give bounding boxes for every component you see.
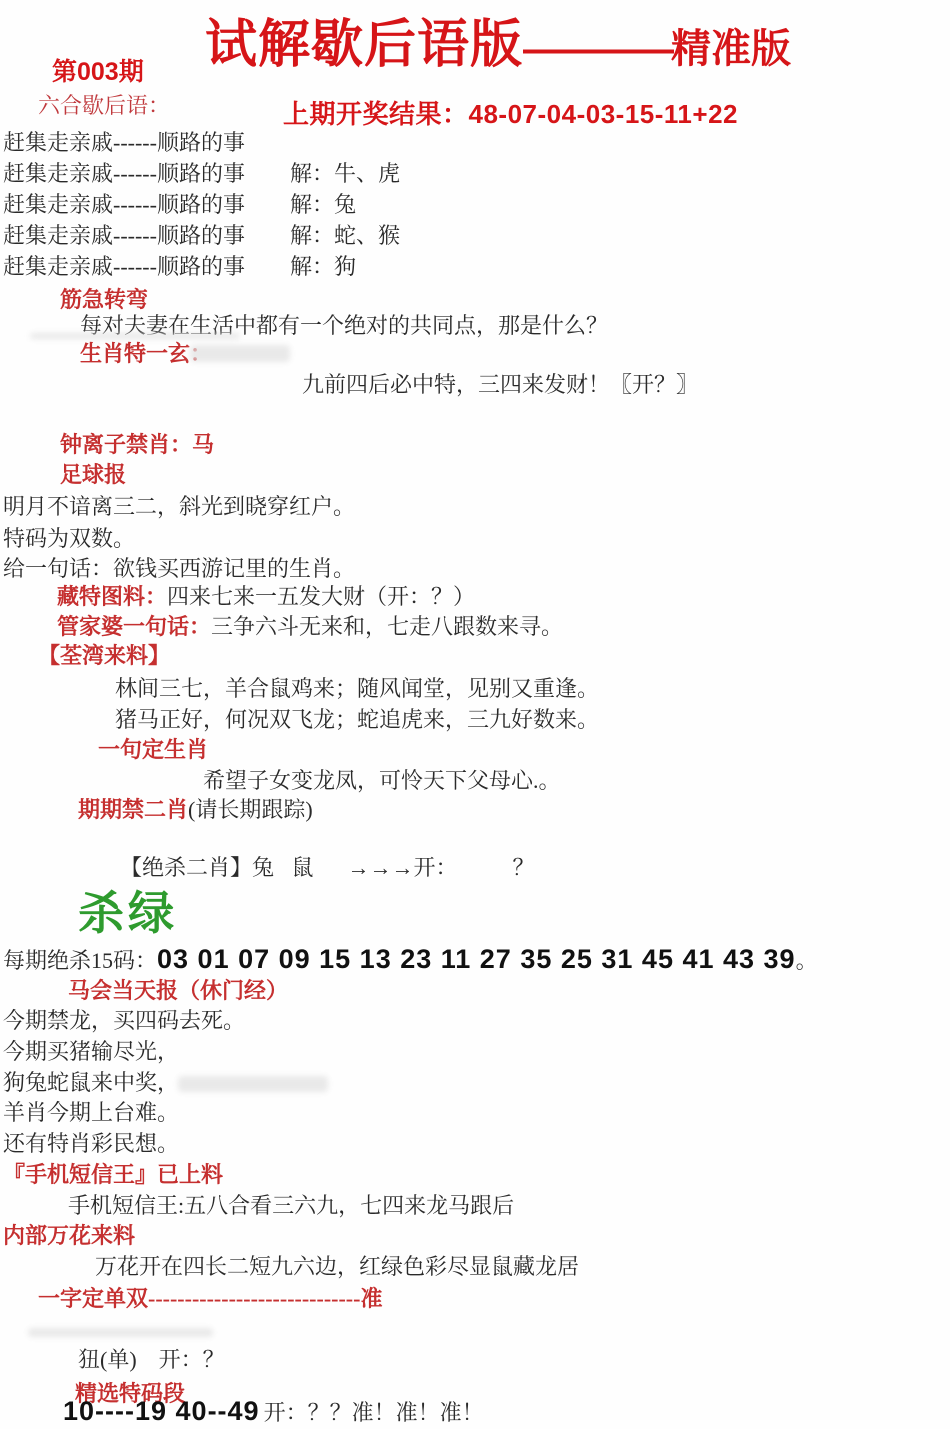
football-poem-line2: 特码为双数。	[3, 526, 135, 551]
yiju-heading: 一句定生肖	[98, 737, 208, 762]
mahui-line-2: 今期买猪输尽光，	[3, 1039, 179, 1064]
cangte-text: 四来七来一五发大财（开：？）	[167, 584, 475, 609]
juesha-arrows: →→→开：	[348, 855, 458, 880]
quanwan-line1: 林间三七，羊合鼠鸡来；随风闻堂，见别又重逢。	[115, 676, 599, 701]
qiqijin-label: 期期禁二肖	[78, 797, 188, 822]
last-draw-label: 上期开奖结果：	[283, 99, 469, 129]
cangte-label: 藏特图料：	[57, 584, 167, 609]
jingxuan-result: 开：？？准！准！准！	[264, 1400, 484, 1425]
qiqijin-line: 期期禁二肖(请长期跟踪)	[78, 797, 313, 822]
riddle-question-3: 赶集走亲戚------顺路的事	[3, 192, 245, 217]
section-label-liuhe: 六合歇后语：	[38, 93, 170, 118]
last-draw-value: 48-07-04-03-15-11+22	[469, 99, 738, 129]
blur-artifact	[28, 1328, 213, 1337]
page-title: 试解歇后语版————精准版	[205, 16, 791, 76]
riddle-question-5: 赶集走亲戚------顺路的事	[3, 254, 245, 279]
blur-artifact	[178, 1076, 328, 1092]
mahui-line-1: 今期禁龙，买四码去死。	[3, 1008, 245, 1033]
last-draw-result: 上期开奖结果：48-07-04-03-15-11+22	[283, 100, 738, 130]
page-title-dash: ————	[523, 27, 671, 71]
qiqijin-note: (请长期跟踪)	[188, 797, 313, 822]
cangte-line: 藏特图料：四来七来一五发大财（开：？）	[57, 584, 475, 609]
page-title-main: 试解歇后语版	[205, 16, 523, 74]
neibu-text: 万花开在四长二短九六边，红绿色彩尽显鼠藏龙居	[95, 1254, 579, 1279]
guanjiapo-line: 管家婆一句话：三争六斗无来和，七走八跟数来寻。	[57, 614, 563, 639]
riddle-question-1: 赶集走亲戚------顺路的事	[3, 130, 245, 155]
brain-teaser-heading: 筋急转弯	[60, 287, 148, 312]
quanwan-line2: 猪马正好，何况双飞龙；蛇追虎来，三九好数来。	[115, 707, 599, 732]
blur-artifact	[190, 345, 290, 362]
issue-number: 第003期	[52, 58, 144, 87]
mahui-line-3: 狗兔蛇鼠来中奖，	[3, 1070, 179, 1095]
zodiac-hint: 九前四后必中特，三四来发财！〖开？〗	[302, 372, 698, 397]
riddle-question-2: 赶集走亲戚------顺路的事	[3, 161, 245, 186]
kill-15-label: 每期绝杀15码：	[3, 948, 157, 973]
riddle-answer-4: 解：蛇、猴	[290, 223, 400, 248]
jingxuan-range: 10----19 40--49	[63, 1396, 260, 1426]
kill-15-numbers: 03 01 07 09 15 13 23 11 27 35 25 31 45 4…	[157, 944, 796, 974]
sms-heading: 『手机短信王』已上料	[3, 1162, 223, 1187]
yizi-heading: 一字定单双-----------------------------准	[38, 1286, 382, 1311]
quanwan-heading: 【荃湾来料】	[38, 643, 170, 668]
danshuang-line: 狃(单) 开：？	[78, 1347, 225, 1372]
page-title-sub: 精准版	[671, 27, 791, 71]
yiju-text: 希望子女变龙凤，可怜天下父母心.。	[203, 768, 561, 793]
juesha-animals: 兔 鼠	[252, 855, 320, 880]
football-poem-line3: 给一句话：欲钱买西游记里的生肖。	[3, 556, 355, 581]
blur-artifact	[30, 333, 240, 339]
kill-15-period: 。	[796, 948, 818, 973]
jingxuan-line: 10----19 40--49 开：？？准！准！准！	[63, 1396, 484, 1427]
kill-green-title: 杀绿	[78, 888, 178, 941]
neibu-heading: 内部万花来料	[3, 1223, 135, 1248]
tip-sheet-page: 试解歇后语版————精准版 第003期 六合歇后语： 上期开奖结果：48-07-…	[0, 0, 950, 1429]
riddle-question-4: 赶集走亲戚------顺路的事	[3, 223, 245, 248]
juesha-result: ？	[513, 855, 535, 880]
sms-text: 手机短信王:五八合看三六九，七四来龙马跟后	[68, 1193, 514, 1218]
riddle-answer-5: 解：狗	[290, 254, 356, 279]
juesha-line: 【绝杀二肖】兔 鼠→→→开：？	[120, 855, 535, 880]
kill-15-line: 每期绝杀15码：03 01 07 09 15 13 23 11 27 35 25…	[3, 944, 818, 975]
zhonglizi-ban-label: 钟离子禁肖：马	[60, 432, 214, 457]
football-poem-line1: 明月不谙离三二，斜光到晓穿红户。	[3, 494, 355, 519]
mahui-line-5: 还有特肖彩民想。	[3, 1131, 179, 1156]
riddle-answer-2: 解：牛、虎	[290, 161, 400, 186]
football-report-heading: 足球报	[60, 462, 126, 487]
juesha-label: 【绝杀二肖】	[120, 855, 252, 880]
guanjiapo-text: 三争六斗无来和，七走八跟数来寻。	[211, 614, 563, 639]
guanjiapo-label: 管家婆一句话：	[57, 614, 211, 639]
mahui-heading: 马会当天报（休门经）	[68, 978, 288, 1003]
mahui-line-4: 羊肖今期上台难。	[3, 1100, 179, 1125]
riddle-answer-3: 解：兔	[290, 192, 356, 217]
